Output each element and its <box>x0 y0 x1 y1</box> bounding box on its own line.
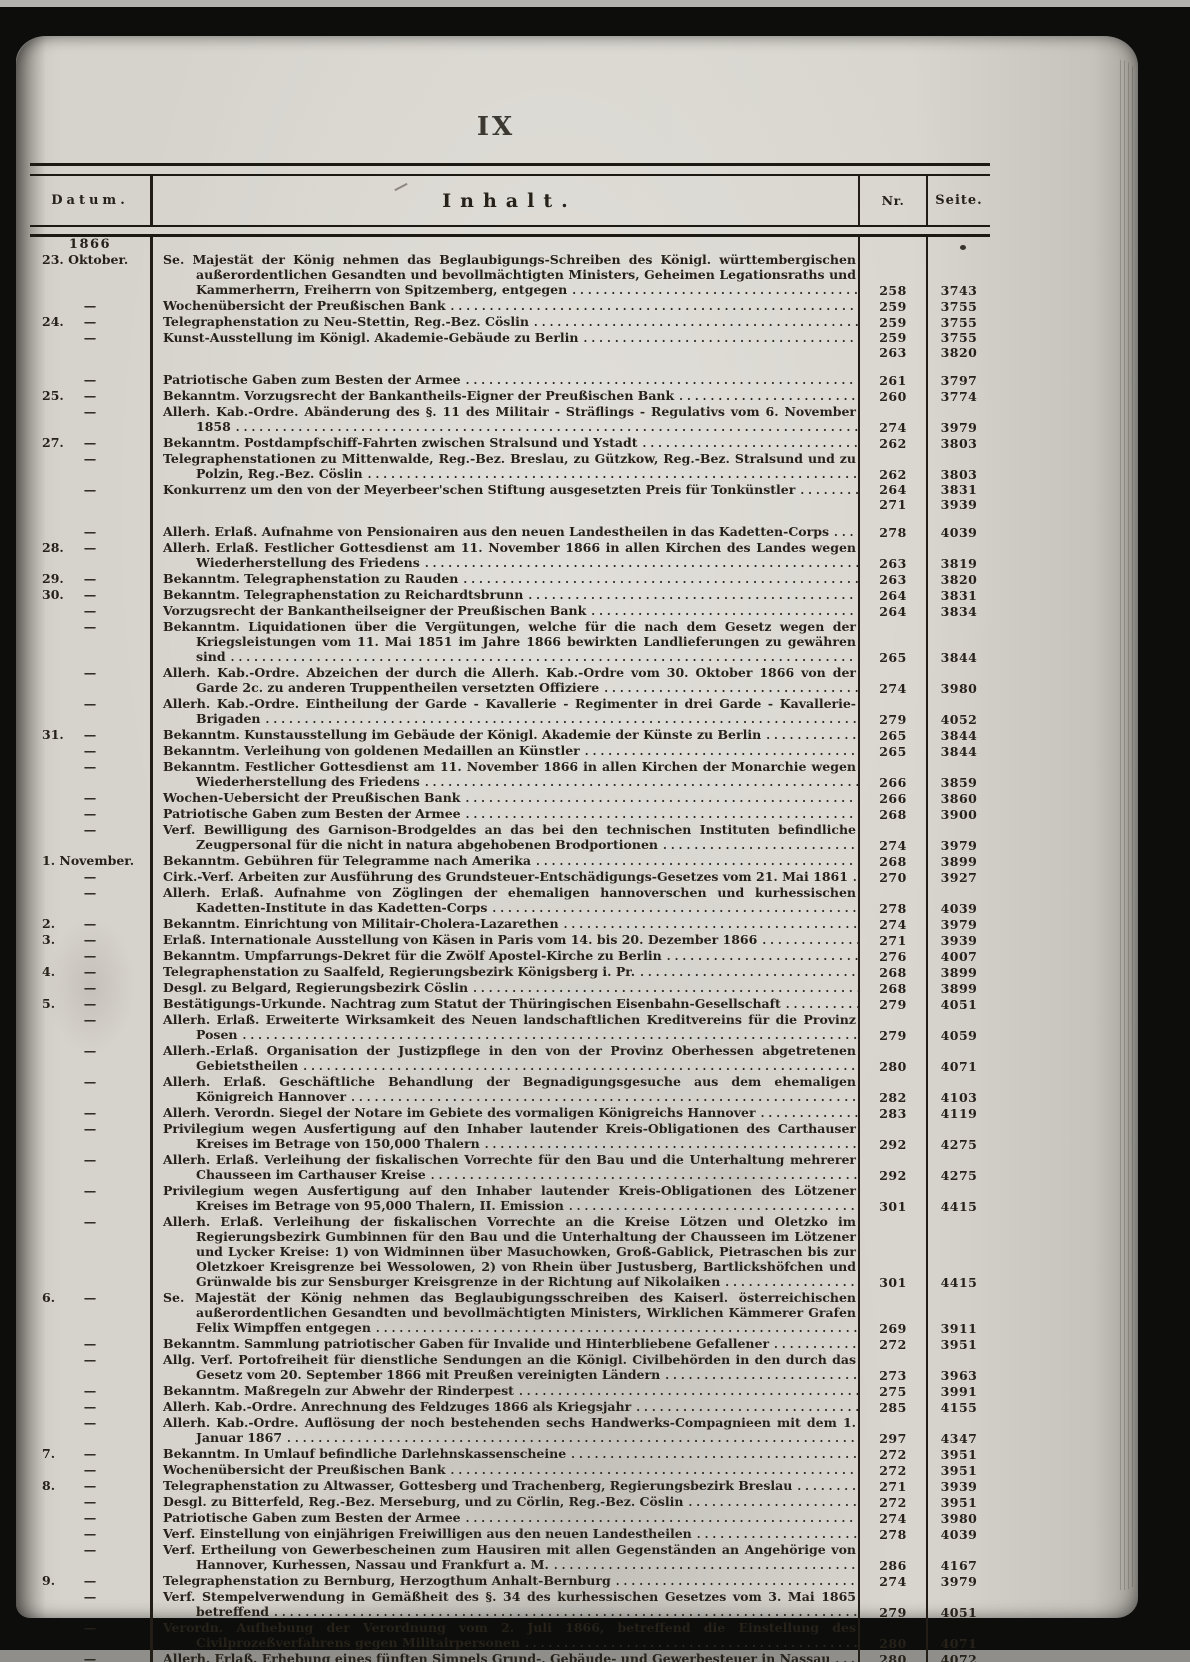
date-cell: 7.— <box>30 1446 150 1462</box>
date-day: 29. <box>42 571 64 586</box>
entry-text: Desgl. zu Bitterfeld, Reg.-Bez. Mersebur… <box>163 1494 856 1510</box>
nr-cell: 264 <box>860 587 928 603</box>
table-row: —Wochenübersicht der Preußischen Bank...… <box>30 298 990 314</box>
entry-cell: Vorzugsrecht der Bankantheilseigner der … <box>150 603 860 619</box>
entry-cell: Se. Majestät der König nehmen das Beglau… <box>150 1290 860 1336</box>
seite-value: 3820 <box>928 572 990 587</box>
date-cell: — <box>30 1399 150 1415</box>
date-cell: — <box>30 948 150 964</box>
seite-value: 3980 <box>928 681 990 696</box>
dot-leader: ........................................… <box>616 1574 860 1589</box>
nr-cell: 265 <box>860 743 928 759</box>
table-row: —Allerh. Kab.-Ordre. Auflösung der noch … <box>30 1415 990 1446</box>
seite-value: 3743 <box>928 283 990 298</box>
nr-cell: 285 <box>860 1399 928 1415</box>
entry-text: Allerh. Erlaß. Erweiterte Wirksamkeit de… <box>163 1012 856 1043</box>
entry-cell: Patriotische Gaben zum Besten der Armee.… <box>150 806 860 822</box>
seite-cell: 4052 <box>928 696 990 727</box>
nr-cell: 271 <box>860 932 928 948</box>
dot-leader: ........................................… <box>466 807 860 822</box>
entry-text: Allerh. Kab.-Ordre. Abänderung des §. 11… <box>163 404 856 435</box>
date-cell: — <box>30 885 150 916</box>
date-cell: — <box>30 619 150 665</box>
nr-cell: 268 <box>860 964 928 980</box>
nr-value: 264 <box>860 604 926 619</box>
seite-value: 4072 <box>928 1652 990 1662</box>
table-row: —Wochen-Uebersicht der Preußischen Bank.… <box>30 790 990 806</box>
dot-leader: ........................................… <box>835 1652 860 1662</box>
nr-value: 258 <box>860 283 926 298</box>
table-row: 24.—Telegraphenstation zu Neu-Stettin, R… <box>30 314 990 330</box>
dot-leader: ........................................… <box>591 604 860 619</box>
entry-text: Wochenübersicht der Preußischen Bank....… <box>163 1462 856 1478</box>
date-line: 28.— <box>30 540 150 555</box>
date-line: — <box>30 759 150 774</box>
entry-title: Desgl. zu Bitterfeld, Reg.-Bez. Mersebur… <box>163 1494 683 1509</box>
entry-text: Privilegium wegen Ausfertigung auf den I… <box>163 1183 856 1214</box>
seite-cell: 4167 <box>928 1542 990 1573</box>
scanned-book-spread: { "page": { "number": "IX" }, "table": {… <box>0 0 1190 1662</box>
date-line: 4.— <box>30 964 150 979</box>
entry-cell: Verf. Bewilligung des Garnison-Brodgelde… <box>150 822 860 853</box>
seite-cell: 3860 <box>928 790 990 806</box>
nr-value: 274 <box>860 838 926 853</box>
dot-leader: ........................................… <box>525 1636 860 1651</box>
date-day: 1. November. <box>42 853 134 868</box>
date-cell: — <box>30 1510 150 1526</box>
dot-leader: ........................................… <box>834 525 860 540</box>
table-row: —Allerh.-Erlaß. Organisation der Justizp… <box>30 1043 990 1074</box>
nr-cell: 279 <box>860 1012 928 1043</box>
seite-cell: 3951 <box>928 1446 990 1462</box>
nr-value: 301 <box>860 1275 926 1290</box>
nr-value: 259 <box>860 299 926 314</box>
entry-text: Wochen-Uebersicht der Preußischen Bank..… <box>163 790 856 806</box>
nr-value: 262 <box>860 436 926 451</box>
date-cell: — <box>30 298 150 314</box>
seite-cell: 3991 <box>928 1383 990 1399</box>
date-cell: 30.— <box>30 587 150 603</box>
nr-cell: 283 <box>860 1105 928 1121</box>
nr-cell: 264 <box>860 603 928 619</box>
date-ditto-dash: — <box>30 1152 150 1167</box>
date-line: — <box>30 451 150 466</box>
seite-cell: 4039 <box>928 1526 990 1542</box>
seite-value: 3911 <box>928 1321 990 1336</box>
nr-cell: 282 <box>860 1074 928 1105</box>
nr-cell: 274 <box>860 822 928 853</box>
date-cell: 5.— <box>30 996 150 1012</box>
date-line: — <box>30 524 150 539</box>
seite-cell: 3755 <box>928 298 990 314</box>
date-cell: — <box>30 1183 150 1214</box>
date-line: 25.— <box>30 388 150 403</box>
seite-cell: 3979 <box>928 1573 990 1589</box>
nr-cell: 259263 <box>860 330 928 360</box>
nr-value: 271 <box>860 497 926 512</box>
date-cell: — <box>30 1462 150 1478</box>
seite-cell: 3844 <box>928 727 990 743</box>
dot-leader: ........................................… <box>774 1337 860 1352</box>
nr-cell: 265 <box>860 727 928 743</box>
nr-value: 264 <box>860 482 926 497</box>
entry-title: Allerh. Kab.-Ordre. Anrechnung des Feldz… <box>163 1399 631 1414</box>
date-line: — <box>30 603 150 618</box>
date-line: — <box>30 869 150 884</box>
date-day: 31. <box>42 727 64 742</box>
nr-value: 260 <box>860 389 926 404</box>
table-row: 27.—Bekanntm. Postdampfschiff-Fahrten zw… <box>30 435 990 451</box>
date-line: 1. November. <box>30 853 150 868</box>
seite-cell: 4071 <box>928 1043 990 1074</box>
seite-cell: 4275 <box>928 1121 990 1152</box>
table-row: —Bekanntm. Sammlung patriotischer Gaben … <box>30 1336 990 1352</box>
page-number: IX <box>16 112 976 142</box>
dot-leader: ........................................… <box>797 1479 860 1494</box>
table-row: —Privilegium wegen Ausfertigung auf den … <box>30 1121 990 1152</box>
entry-title: Patriotische Gaben zum Besten der Armee <box>163 372 461 387</box>
entry-text: Patriotische Gaben zum Besten der Armee.… <box>163 806 856 822</box>
nr-value: 274 <box>860 1511 926 1526</box>
nr-cell: 272 <box>860 1494 928 1510</box>
entry-text: Bekanntm. Gebühren für Telegramme nach A… <box>163 853 856 869</box>
dot-leader: ........................................… <box>640 965 860 980</box>
seite-cell: 3951 <box>928 1494 990 1510</box>
entry-text: Bekanntm. Verleihung von goldenen Medail… <box>163 743 856 759</box>
date-day: 24. <box>42 314 64 329</box>
date-ditto-dash: — <box>30 1352 150 1367</box>
nr-value: 292 <box>860 1168 926 1183</box>
date-cell: — <box>30 1105 150 1121</box>
date-day: 3. <box>42 932 55 947</box>
entry-text: Verordn. Aufhebung der Verordnung vom 2.… <box>163 1620 856 1651</box>
date-cell: 3.— <box>30 932 150 948</box>
nr-cell: 278 <box>860 1526 928 1542</box>
nr-cell: 265 <box>860 619 928 665</box>
date-line: — <box>30 806 150 821</box>
dot-leader: ........................................… <box>485 1137 860 1152</box>
date-cell: — <box>30 1383 150 1399</box>
seite-value: 4103 <box>928 1090 990 1105</box>
entry-title: Bekanntm. Umpfarrungs-Dekret für die Zwö… <box>163 948 662 963</box>
entry-title: Allerh. Verordn. Siegel der Notare im Ge… <box>163 1105 756 1120</box>
date-line: — <box>30 1183 150 1198</box>
entry-title: Bekanntm. In Umlauf befindliche Darlehns… <box>163 1446 566 1461</box>
dot-leader: ........................................… <box>536 854 860 869</box>
nr-cell: 261 <box>860 360 928 388</box>
seite-cell: 3980 <box>928 1510 990 1526</box>
entry-text: Patriotische Gaben zum Besten der Armee.… <box>163 372 856 388</box>
seite-value: 3951 <box>928 1337 990 1352</box>
table-row: —Patriotische Gaben zum Besten der Armee… <box>30 1510 990 1526</box>
entry-text: Telegraphenstation zu Neu-Stettin, Reg.-… <box>163 314 856 330</box>
seite-cell: 4072 <box>928 1651 990 1662</box>
date-line: — <box>30 1152 150 1167</box>
table-row: 31.—Bekanntm. Kunstausstellung im Gebäud… <box>30 727 990 743</box>
nr-cell: 279 <box>860 996 928 1012</box>
table-row: —Allerh. Kab.-Ordre. Eintheilung der Gar… <box>30 696 990 727</box>
date-cell: — <box>30 743 150 759</box>
entry-text: Wochenübersicht der Preußischen Bank....… <box>163 298 856 314</box>
date-line: 7.— <box>30 1446 150 1461</box>
dot-leader: ........................................… <box>463 572 860 587</box>
entry-cell: Telegraphenstation zu Saalfeld, Regierun… <box>150 964 860 980</box>
date-ditto-dash: — <box>30 1399 150 1414</box>
seite-cell: 4155 <box>928 1399 990 1415</box>
date-cell: — <box>30 451 150 482</box>
column-header-nr: Nr. <box>860 176 928 225</box>
date-cell: — <box>30 1589 150 1620</box>
table-row: 8.—Telegraphenstation zu Altwasser, Gott… <box>30 1478 990 1494</box>
entry-cell: Wochenübersicht der Preußischen Bank....… <box>150 1462 860 1478</box>
seite-value: 3979 <box>928 838 990 853</box>
nr-cell: 268 <box>860 853 928 869</box>
book-page: IX Datum. Inhalt. Nr. Seite. 186623. Okt… <box>16 36 1138 1618</box>
entry-text: Kunst-Ausstellung im Königl. Akademie-Ge… <box>163 330 856 346</box>
seite-value: 3803 <box>928 436 990 451</box>
entry-title: Desgl. zu Belgard, Regierungsbezirk Cösl… <box>163 980 468 995</box>
entry-cell: Bekanntm. Einrichtung von Militair-Chole… <box>150 916 860 932</box>
header-bottom-rule <box>30 225 990 237</box>
nr-value: 279 <box>860 712 926 727</box>
date-line: — <box>30 1399 150 1414</box>
nr-cell: 272 <box>860 1462 928 1478</box>
seite-value: 3939 <box>928 1479 990 1494</box>
table-row: —Verordn. Aufhebung der Verordnung vom 2… <box>30 1620 990 1651</box>
date-line: — <box>30 1589 150 1604</box>
table-row: —Bekanntm. Liquidationen über die Vergüt… <box>30 619 990 665</box>
nr-value: 263 <box>860 345 926 360</box>
entry-title: Patriotische Gaben zum Besten der Armee <box>163 1510 461 1525</box>
nr-cell: 262 <box>860 451 928 482</box>
date-cell: — <box>30 980 150 996</box>
date-line: 3.— <box>30 932 150 947</box>
entry-title: Bekanntm. Postdampfschiff-Fahrten zwisch… <box>163 435 638 450</box>
seite-value: 3755 <box>928 299 990 314</box>
entry-cell: Bekanntm. Maßregeln zur Abwehr der Rinde… <box>150 1383 860 1399</box>
seite-cell: 3899 <box>928 964 990 980</box>
date-cell: — <box>30 1542 150 1573</box>
date-day: 28. <box>42 540 64 555</box>
entry-text: Verf. Stempelverwendung in Gemäßheit des… <box>163 1589 856 1620</box>
entry-text: Bekanntm. Kunstausstellung im Gebäude de… <box>163 727 856 743</box>
date-cell: — <box>30 869 150 885</box>
entry-text: Allg. Verf. Portofreiheit für dienstlich… <box>163 1352 856 1383</box>
entry-cell: Allerh. Erlaß. Festlicher Gottesdienst a… <box>150 540 860 571</box>
entry-title: Bekanntm. Gebühren für Telegramme nach A… <box>163 853 531 868</box>
entry-text: Allerh.-Erlaß. Organisation der Justizpf… <box>163 1043 856 1074</box>
entry-cell: Bekanntm. Festlicher Gottesdienst am 11.… <box>150 759 860 790</box>
entry-text: Erlaß. Internationale Ausstellung von Kä… <box>163 932 856 948</box>
date-day: 30. <box>42 587 64 602</box>
dot-leader: ........................................… <box>761 1106 860 1121</box>
entry-text: Bekanntm. Maßregeln zur Abwehr der Rinde… <box>163 1383 856 1399</box>
seite-cell: 4039 <box>928 885 990 916</box>
seite-value: 3844 <box>928 650 990 665</box>
dot-leader: ........................................… <box>351 1090 860 1105</box>
nr-value: 268 <box>860 854 926 869</box>
date-cell: — <box>30 1651 150 1662</box>
date-cell: 28.— <box>30 540 150 571</box>
table-row: —Allerh. Kab.-Ordre. Abzeichen der durch… <box>30 665 990 696</box>
entry-text: Cirk.-Verf. Arbeiten zur Ausführung des … <box>163 869 856 885</box>
table-row: —Cirk.-Verf. Arbeiten zur Ausführung des… <box>30 869 990 885</box>
table-row: —Vorzugsrecht der Bankantheilseigner der… <box>30 603 990 619</box>
entry-title: Cirk.-Verf. Arbeiten zur Ausführung des … <box>163 869 848 884</box>
nr-cell: 268 <box>860 806 928 822</box>
seite-value: 4167 <box>928 1558 990 1573</box>
table-row: —Verf. Stempelverwendung in Gemäßheit de… <box>30 1589 990 1620</box>
nr-value: 265 <box>860 744 926 759</box>
entry-title: Bekanntm. Vorzugsrecht der Bankantheils-… <box>163 388 674 403</box>
seite-value: 3831 <box>928 482 990 497</box>
entry-title: Verf. Einstellung von einjährigen Freiwi… <box>163 1526 692 1541</box>
date-line: 2.— <box>30 916 150 931</box>
seite-value: 3927 <box>928 870 990 885</box>
seite-value: 3831 <box>928 588 990 603</box>
seite-value: 4051 <box>928 1605 990 1620</box>
nr-cell: 280 <box>860 1620 928 1651</box>
entry-title: Bekanntm. Telegraphenstation zu Reichard… <box>163 587 523 602</box>
nr-value: 272 <box>860 1337 926 1352</box>
date-ditto-dash: — <box>30 1043 150 1058</box>
nr-value: 297 <box>860 1431 926 1446</box>
table-row: —Patriotische Gaben zum Besten der Armee… <box>30 806 990 822</box>
nr-cell: 262 <box>860 435 928 451</box>
table-row: 6.—Se. Majestät der König nehmen das Beg… <box>30 1290 990 1336</box>
entry-title: Telegraphenstation zu Bernburg, Herzogth… <box>163 1573 611 1588</box>
date-cell: 29.— <box>30 571 150 587</box>
nr-cell: 275 <box>860 1383 928 1399</box>
date-line: — <box>30 980 150 995</box>
entry-text: Patriotische Gaben zum Besten der Armee.… <box>163 1510 856 1526</box>
table-row: —Allerh. Erlaß. Aufnahme von Zöglingen d… <box>30 885 990 916</box>
date-line: 9.— <box>30 1573 150 1588</box>
date-cell: — <box>30 790 150 806</box>
seite-value: 3899 <box>928 854 990 869</box>
nr-value: 279 <box>860 1028 926 1043</box>
table-row: 9.—Telegraphenstation zu Bernburg, Herzo… <box>30 1573 990 1589</box>
entry-cell: Kunst-Ausstellung im Königl. Akademie-Ge… <box>150 330 860 360</box>
seite-cell: 4103 <box>928 1074 990 1105</box>
seite-value: 3979 <box>928 1574 990 1589</box>
seite-value: 3951 <box>928 1447 990 1462</box>
nr-value: 262 <box>860 467 926 482</box>
nr-cell: 274 <box>860 404 928 435</box>
dot-leader: ........................................… <box>451 299 860 314</box>
seite-value: 4059 <box>928 1028 990 1043</box>
seite-value: 4039 <box>928 1527 990 1542</box>
scanner-bed-strip-top <box>0 0 1190 7</box>
date-cell: — <box>30 1336 150 1352</box>
nr-value: 283 <box>860 1106 926 1121</box>
nr-cell: 266 <box>860 759 928 790</box>
date-cell: 9.— <box>30 1573 150 1589</box>
nr-value: 265 <box>860 728 926 743</box>
dot-leader: ........................................… <box>604 681 860 696</box>
date-line: — <box>30 1043 150 1058</box>
date-line: — <box>30 482 150 497</box>
table-row: —Allerh. Erlaß. Erhebung eines fünften S… <box>30 1651 990 1662</box>
dot-leader: ........................................… <box>528 588 860 603</box>
seite-value: 3860 <box>928 791 990 806</box>
entry-text: Bestätigungs-Urkunde. Nachtrag zum Statu… <box>163 996 856 1012</box>
date-ditto-dash: — <box>30 869 150 884</box>
dot-leader: ........................................… <box>569 1199 860 1214</box>
date-ditto-dash: — <box>30 619 150 634</box>
table-row: —Allerh. Kab.-Ordre. Abänderung des §. 1… <box>30 404 990 435</box>
entry-text: Allerh. Erlaß. Aufnahme von Pensionairen… <box>163 524 856 540</box>
table-row: —Bekanntm. Umpfarrungs-Dekret für die Zw… <box>30 948 990 964</box>
seite-value: 4119 <box>928 1106 990 1121</box>
seite-cell: 3979 <box>928 404 990 435</box>
date-day: 9. <box>42 1573 55 1588</box>
nr-value: 263 <box>860 556 926 571</box>
seite-cell: 3963 <box>928 1352 990 1383</box>
nr-value: 265 <box>860 650 926 665</box>
date-line: — <box>30 1214 150 1229</box>
seite-cell: 4275 <box>928 1152 990 1183</box>
entry-text: Allerh. Erlaß. Geschäftliche Behandlung … <box>163 1074 856 1105</box>
entry-cell: Telegraphenstation zu Altwasser, Gottesb… <box>150 1478 860 1494</box>
date-day: 2. <box>42 916 55 931</box>
date-cell: — <box>30 1152 150 1183</box>
dot-leader: ........................................… <box>274 1605 860 1620</box>
entry-title: Vorzugsrecht der Bankantheilseigner der … <box>163 603 586 618</box>
seite-cell: 3803 <box>928 451 990 482</box>
contents-table: Datum. Inhalt. Nr. Seite. 186623. Oktobe… <box>30 163 990 1662</box>
date-line: — <box>30 665 150 680</box>
entry-text: Allerh. Verordn. Siegel der Notare im Ge… <box>163 1105 856 1121</box>
entry-title: Bekanntm. Maßregeln zur Abwehr der Rinde… <box>163 1383 514 1398</box>
entry-text: Allerh. Erlaß. Verleihung der fiskalisch… <box>163 1152 856 1183</box>
date-cell: — <box>30 1214 150 1290</box>
dot-leader: ........................................… <box>697 1527 860 1542</box>
entry-text: Allerh. Kab.-Ordre. Eintheilung der Gard… <box>163 696 856 727</box>
date-day: 27. <box>42 435 64 450</box>
entry-text: Allerh. Kab.-Ordre. Auflösung der noch b… <box>163 1415 856 1446</box>
seite-value: 3755 <box>928 330 990 345</box>
entry-cell: Erlaß. Internationale Ausstellung von Kä… <box>150 932 860 948</box>
nr-cell: 279 <box>860 1589 928 1620</box>
date-ditto-dash: — <box>30 1214 150 1229</box>
date-cell: 2.— <box>30 916 150 932</box>
dot-leader: ........................................… <box>762 933 860 948</box>
date-ditto-dash: — <box>30 1183 150 1198</box>
entry-text: Telegraphenstation zu Saalfeld, Regierun… <box>163 964 856 980</box>
seite-value: 4039 <box>928 525 990 540</box>
nr-cell: 264271 <box>860 482 928 512</box>
date-ditto-dash: — <box>30 1012 150 1027</box>
dot-leader: ........................................… <box>667 949 860 964</box>
table-row: —Allerh. Erlaß. Erweiterte Wirksamkeit d… <box>30 1012 990 1043</box>
date-ditto-dash: — <box>30 1383 150 1398</box>
nr-value: 270 <box>860 870 926 885</box>
seite-cell: 3979 <box>928 916 990 932</box>
date-cell: — <box>30 1494 150 1510</box>
entry-title: Wochenübersicht der Preußischen Bank <box>163 1462 446 1477</box>
date-line: — <box>30 1336 150 1351</box>
date-line: — <box>30 1542 150 1557</box>
nr-value: 278 <box>860 525 926 540</box>
seite-value: 4039 <box>928 901 990 916</box>
nr-value: 264 <box>860 588 926 603</box>
date-ditto-dash: — <box>30 298 150 313</box>
entry-cell: Konkurrenz um den von der Meyerbeer'sche… <box>150 482 860 512</box>
seite-cell: 3927 <box>928 869 990 885</box>
table-row: 2.—Bekanntm. Einrichtung von Militair-Ch… <box>30 916 990 932</box>
date-line: — <box>30 743 150 758</box>
